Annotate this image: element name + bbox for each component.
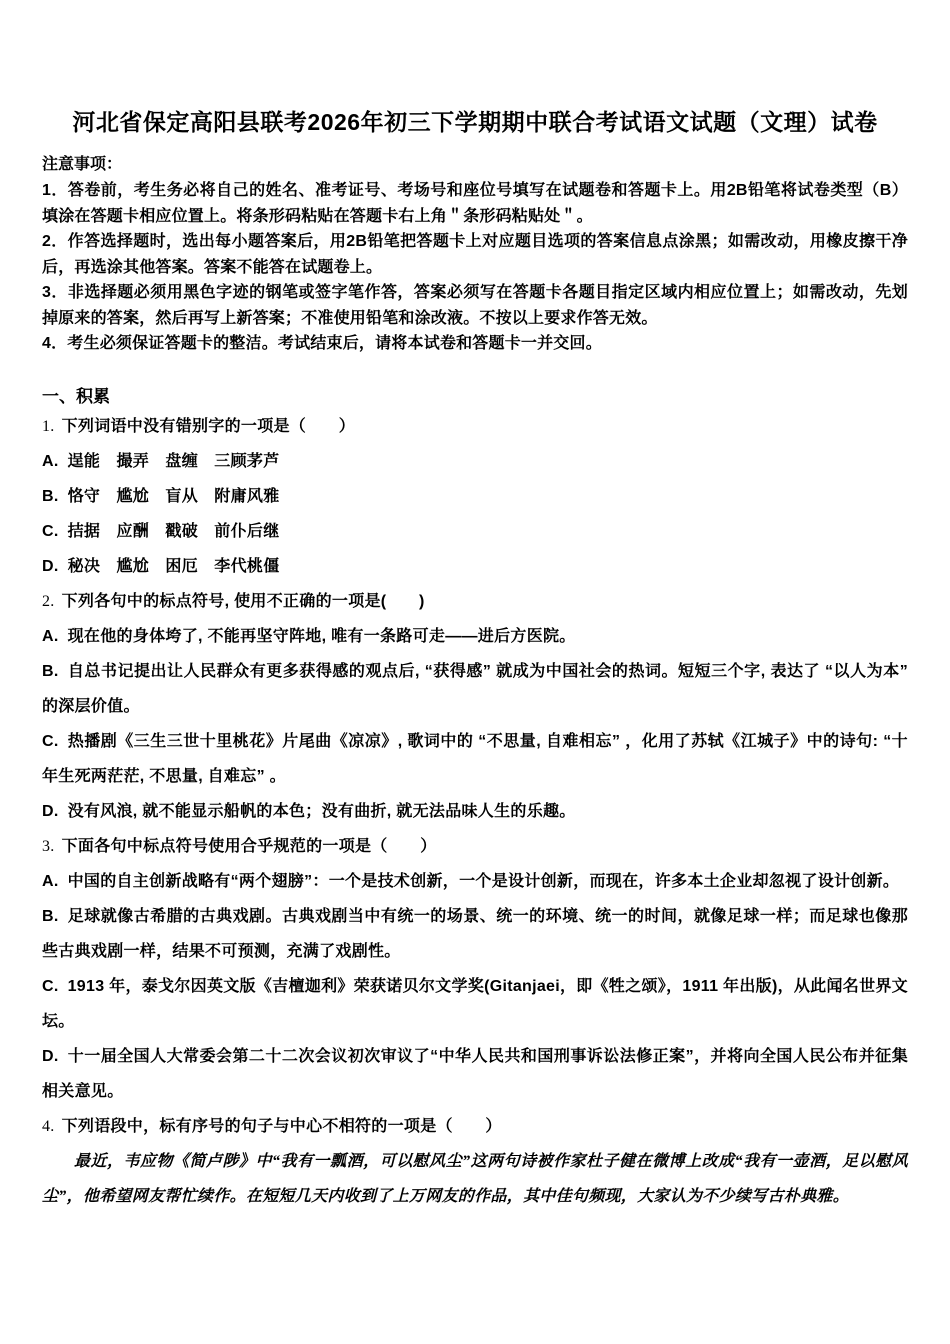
option-label: D. [42,558,59,575]
question-3: 3.下面各句中标点符号使用合乎规范的一项是（ ） A.中国的自主创新战略有“两个… [42,829,908,1109]
option-label: C. [42,523,59,540]
question-number: 3. [42,838,55,855]
option-text: 没有风浪, 就不能显示船帆的本色；没有曲折, 就无法品味人生的乐趣。 [68,803,576,820]
option-text: 恪守 尴尬 盲从 附庸风雅 [68,488,280,505]
option-label: A. [42,453,59,470]
option-label: C. [42,733,59,750]
option-label: C. [42,978,59,995]
option-row: B.足球就像古希腊的古典戏剧。古典戏剧当中有统一的场景、统一的环境、统一的时间，… [42,899,908,969]
question-stem: 3.下面各句中标点符号使用合乎规范的一项是（ ） [42,829,908,864]
exam-paper-page: 河北省保定高阳县联考2026年初三下学期期中联合考试语文试题（文理）试卷 注意事… [0,0,950,1344]
question-stem: 1.下列词语中没有错别字的一项是（ ） [42,409,908,444]
question-stem: 2.下列各句中的标点符号, 使用不正确的一项是( ) [42,584,908,619]
option-row: B.恪守 尴尬 盲从 附庸风雅 [42,479,908,514]
question-stem-text: 下列词语中没有错别字的一项是（ ） [62,418,355,435]
option-text: 1913 年，泰戈尔因英文版《吉檀迦利》荣获诺贝尔文学奖(Gitanjaei，即… [42,978,908,1030]
notice-item: 1．答卷前，考生务必将自己的姓名、准考证号、考场号和座位号填写在试题卷和答题卡上… [42,178,908,229]
option-label: A. [42,873,59,890]
question-stem-text: 下列各句中的标点符号, 使用不正确的一项是( ) [62,593,425,610]
option-row: C.1913 年，泰戈尔因英文版《吉檀迦利》荣获诺贝尔文学奖(Gitanjaei… [42,969,908,1039]
option-row: D.没有风浪, 就不能显示船帆的本色；没有曲折, 就无法品味人生的乐趣。 [42,794,908,829]
question-2: 2.下列各句中的标点符号, 使用不正确的一项是( ) A.现在他的身体垮了, 不… [42,584,908,829]
option-text: 自总书记提出让人民群众有更多获得感的观点后, “获得感” 就成为中国社会的热词。… [42,663,908,715]
option-text: 现在他的身体垮了, 不能再坚守阵地, 唯有一条路可走——进后方医院。 [68,628,576,645]
passage-paragraph: 最近，韦应物《简卢陟》中“我有一瓢酒，可以慰风尘”这两句诗被作家杜子健在微博上改… [42,1144,908,1214]
option-label: B. [42,488,59,505]
option-label: A. [42,628,59,645]
option-row: D.十一届全国人大常委会第二十二次会议初次审议了“中华人民共和国刑事诉讼法修正案… [42,1039,908,1109]
option-label: D. [42,1048,59,1065]
question-stem-text: 下列语段中，标有序号的句子与中心不相符的一项是（ ） [62,1118,502,1135]
option-text: 秘决 尴尬 困厄 李代桃僵 [68,558,280,575]
notice-item: 3．非选择题必须用黑色字迹的钢笔或签字笔作答，答案必须写在答题卡各题目指定区域内… [42,280,908,331]
question-number: 2. [42,593,55,610]
question-1: 1.下列词语中没有错别字的一项是（ ） A.逞能 撮弄 盘缠 三顾茅芦 B.恪守… [42,409,908,584]
option-text: 足球就像古希腊的古典戏剧。古典戏剧当中有统一的场景、统一的环境、统一的时间，就像… [42,908,908,960]
notice-item: 2．作答选择题时，选出每小题答案后，用2B铅笔把答题卡上对应题目选项的答案信息点… [42,229,908,280]
option-label: D. [42,803,59,820]
option-label: B. [42,663,59,680]
option-row: D.秘决 尴尬 困厄 李代桃僵 [42,549,908,584]
option-row: A.现在他的身体垮了, 不能再坚守阵地, 唯有一条路可走——进后方医院。 [42,619,908,654]
option-row: C.拮据 应酬 戳破 前仆后继 [42,514,908,549]
option-text: 拮据 应酬 戳破 前仆后继 [68,523,280,540]
notice-section: 注意事项： 1．答卷前，考生务必将自己的姓名、准考证号、考场号和座位号填写在试题… [42,152,908,357]
question-number: 1. [42,418,55,435]
page-title: 河北省保定高阳县联考2026年初三下学期期中联合考试语文试题（文理）试卷 [42,106,908,138]
option-row: A.逞能 撮弄 盘缠 三顾茅芦 [42,444,908,479]
option-row: A.中国的自主创新战略有“两个翅膀”：一个是技术创新，一个是设计创新，而现在，许… [42,864,908,899]
question-stem-text: 下面各句中标点符号使用合乎规范的一项是（ ） [62,838,437,855]
notice-item: 4．考生必须保证答题卡的整洁。考试结束后，请将本试卷和答题卡一并交回。 [42,331,908,357]
question-stem: 4.下列语段中，标有序号的句子与中心不相符的一项是（ ） [42,1109,908,1144]
option-text: 中国的自主创新战略有“两个翅膀”：一个是技术创新，一个是设计创新，而现在，许多本… [68,873,900,890]
section-heading: 一、积累 [42,385,908,409]
option-row: C.热播剧《三生三世十里桃花》片尾曲《凉凉》, 歌词中的 “不思量, 自难相忘”… [42,724,908,794]
option-row: B.自总书记提出让人民群众有更多获得感的观点后, “获得感” 就成为中国社会的热… [42,654,908,724]
option-label: B. [42,908,59,925]
option-text: 逞能 撮弄 盘缠 三顾茅芦 [68,453,280,470]
notice-heading: 注意事项： [42,152,908,178]
option-text: 热播剧《三生三世十里桃花》片尾曲《凉凉》, 歌词中的 “不思量, 自难相忘” ，… [42,733,908,785]
question-number: 4. [42,1118,55,1135]
question-4: 4.下列语段中，标有序号的句子与中心不相符的一项是（ ） 最近，韦应物《简卢陟》… [42,1109,908,1214]
option-text: 十一届全国人大常委会第二十二次会议初次审议了“中华人民共和国刑事诉讼法修正案”，… [42,1048,908,1100]
